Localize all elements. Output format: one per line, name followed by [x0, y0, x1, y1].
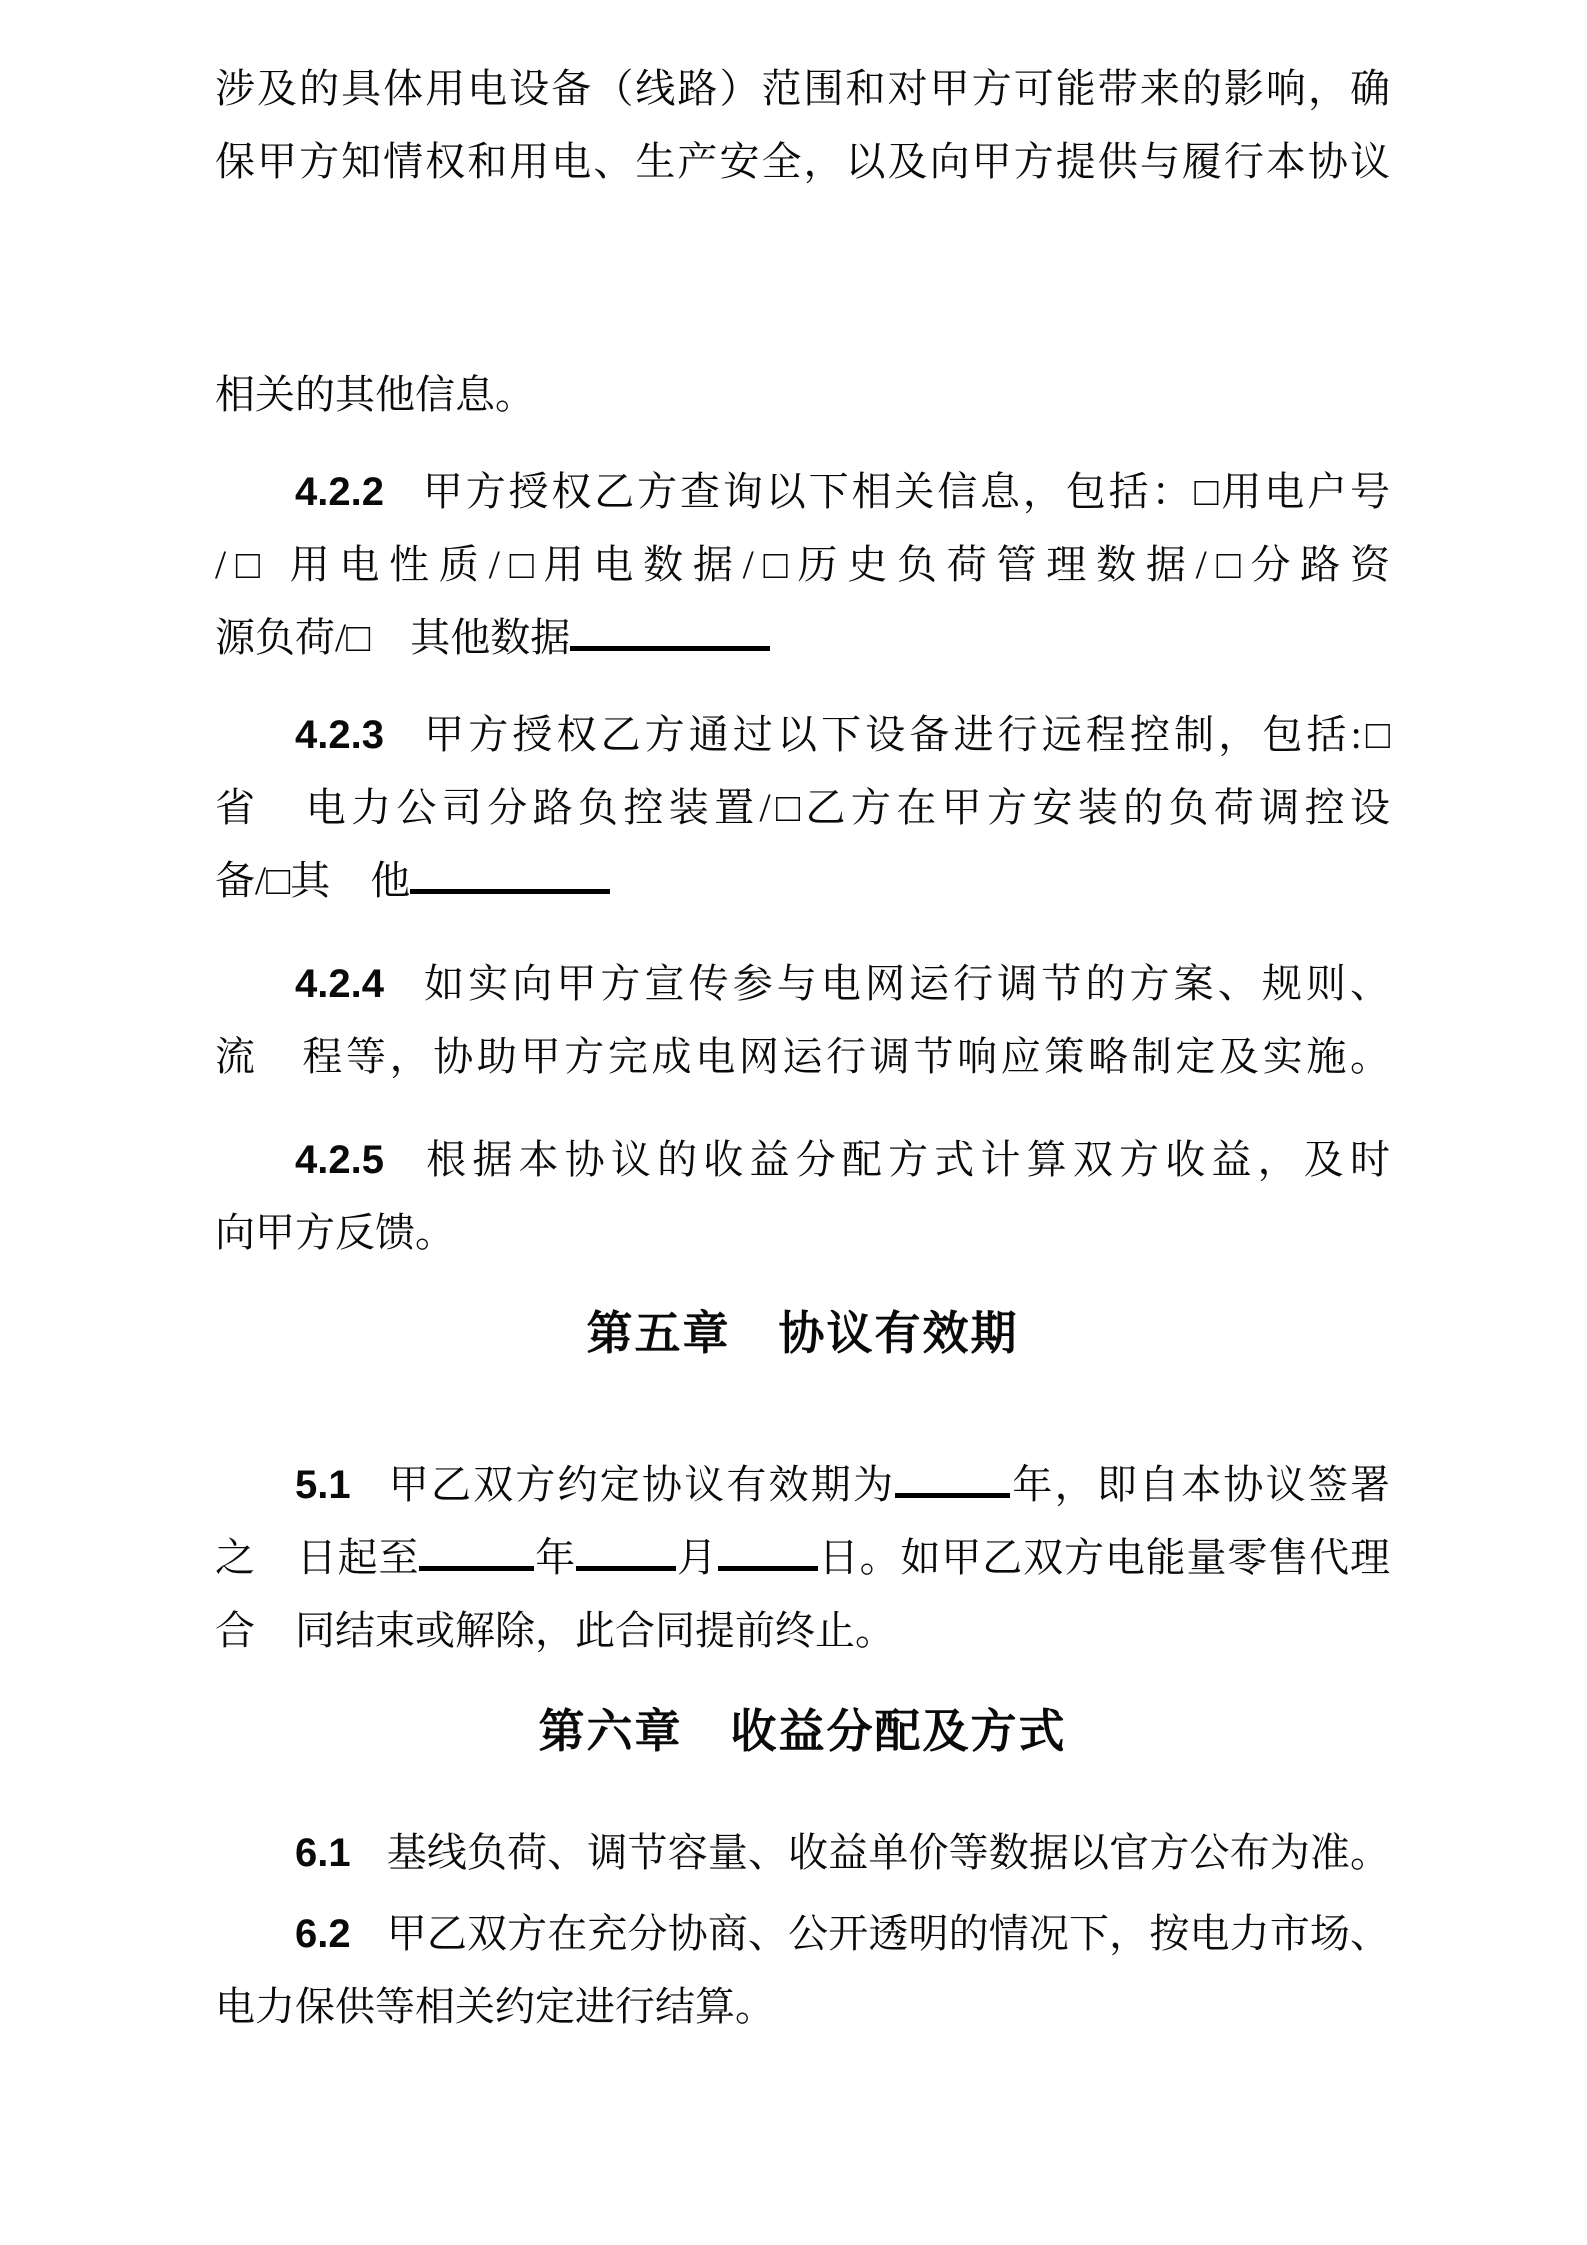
blank-underline-field: [570, 616, 770, 651]
clause-number: 6.2: [295, 1912, 351, 1956]
clause-4-2-3: 4.2.3甲方授权乙方通过以下设备进行远程控制，包括:□ 省 电力公司分路负控装…: [215, 698, 1390, 917]
text-line: 保甲方知情权和用电、生产安全，以及向甲方提供与履行本协议: [215, 125, 1390, 198]
clause-text: 年，即自本协议签署: [1010, 1462, 1390, 1507]
text-line: 之 日起至年月日。如甲乙双方电能量零售代理: [215, 1521, 1390, 1594]
clause-4-2-4: 4.2.4如实向甲方宣传参与电网运行调节的方案、规则、 流 程等，协助甲方完成电…: [215, 947, 1390, 1093]
text-line: 5.1甲乙双方约定协议有效期为年，即自本协议签署: [215, 1448, 1390, 1521]
clause-text: 如实向甲方宣传参与电网运行调节的方案、规则、: [420, 961, 1390, 1006]
text-line: 4.2.2甲方授权乙方查询以下相关信息，包括：□用电户号: [215, 455, 1390, 528]
clause-6-1: 6.1基线负荷、调节容量、收益单价等数据以官方公布为准。: [215, 1816, 1390, 1889]
clause-number: 4.2.3: [295, 713, 384, 757]
text-line: 源负荷/□ 其他数据: [215, 601, 1390, 674]
text-line: 流 程等，协助甲方完成电网运行调节响应策略制定及实施。: [215, 1020, 1390, 1093]
clause-text: 源负荷/□ 其他数据: [215, 615, 570, 660]
chapter-5-heading: 第五章 协议有效期: [215, 1293, 1390, 1373]
clause-text: 甲方授权乙方查询以下相关信息，包括：□用电户号: [420, 469, 1390, 514]
clause-number: 4.2.5: [295, 1138, 384, 1182]
clause-text: 根据本协议的收益分配方式计算双方收益，及时: [420, 1137, 1390, 1182]
clause-number: 5.1: [295, 1463, 351, 1507]
clause-number: 4.2.2: [295, 470, 384, 514]
blank-underline-field: [410, 859, 610, 894]
clause-6-2: 6.2甲乙双方在充分协商、公开透明的情况下，按电力市场、 电力保供等相关约定进行…: [215, 1897, 1390, 2043]
chapter-6-heading: 第六章 收益分配及方式: [215, 1691, 1390, 1771]
clause-number: 6.1: [295, 1831, 351, 1875]
clause-text: 甲乙双方在充分协商、公开透明的情况下，按电力市场、: [387, 1911, 1390, 1956]
vertical-gap: [215, 198, 1390, 358]
blank-underline-field: [895, 1463, 1010, 1498]
clause-text: 月: [676, 1535, 718, 1580]
blank-underline-field: [718, 1536, 818, 1571]
text-line: 涉及的具体用电设备（线路）范围和对甲方可能带来的影响，确: [215, 52, 1390, 125]
clause-text: 甲乙双方约定协议有效期为: [387, 1462, 896, 1507]
clause-4-2-5: 4.2.5根据本协议的收益分配方式计算双方收益，及时 向甲方反馈。: [215, 1123, 1390, 1269]
clause-text: 之 日起至: [215, 1535, 419, 1580]
text-line: 备/□其 他: [215, 844, 1390, 917]
blank-underline-field: [576, 1536, 676, 1571]
paragraph-intro: 涉及的具体用电设备（线路）范围和对甲方可能带来的影响，确 保甲方知情权和用电、生…: [215, 52, 1390, 198]
text-line: 电力保供等相关约定进行结算。: [215, 1970, 1390, 2043]
text-line: 合 同结束或解除，此合同提前终止。: [215, 1594, 1390, 1667]
text-line: 4.2.5根据本协议的收益分配方式计算双方收益，及时: [215, 1123, 1390, 1196]
clause-text: 基线负荷、调节容量、收益单价等数据以官方公布为准。: [387, 1830, 1390, 1875]
text-line: 4.2.3甲方授权乙方通过以下设备进行远程控制，包括:□: [215, 698, 1390, 771]
paragraph-intro-end: 相关的其他信息。: [215, 358, 1390, 431]
clause-text: 日。如甲乙双方电能量零售代理: [818, 1535, 1390, 1580]
text-line: 向甲方反馈。: [215, 1196, 1390, 1269]
text-line: /□ 用电性质/□用电数据/□历史负荷管理数据/□分路资: [215, 528, 1390, 601]
document-page: 涉及的具体用电设备（线路）范围和对甲方可能带来的影响，确 保甲方知情权和用电、生…: [0, 0, 1587, 2245]
text-line: 4.2.4如实向甲方宣传参与电网运行调节的方案、规则、: [215, 947, 1390, 1020]
clause-4-2-2: 4.2.2甲方授权乙方查询以下相关信息，包括：□用电户号 /□ 用电性质/□用电…: [215, 455, 1390, 674]
text-line: 省 电力公司分路负控装置/□乙方在甲方安装的负荷调控设: [215, 771, 1390, 844]
clause-text: 甲方授权乙方通过以下设备进行远程控制，包括:□: [420, 712, 1390, 757]
text-line: 6.1基线负荷、调节容量、收益单价等数据以官方公布为准。: [215, 1816, 1390, 1889]
clause-number: 4.2.4: [295, 962, 384, 1006]
text-line: 相关的其他信息。: [215, 358, 1390, 431]
clause-text: 年: [534, 1535, 576, 1580]
clause-text: 备/□其 他: [215, 858, 410, 903]
text-line: 6.2甲乙双方在充分协商、公开透明的情况下，按电力市场、: [215, 1897, 1390, 1970]
clause-5-1: 5.1甲乙双方约定协议有效期为年，即自本协议签署 之 日起至年月日。如甲乙双方电…: [215, 1448, 1390, 1667]
blank-underline-field: [419, 1536, 534, 1571]
document-content: 涉及的具体用电设备（线路）范围和对甲方可能带来的影响，确 保甲方知情权和用电、生…: [215, 0, 1390, 2043]
